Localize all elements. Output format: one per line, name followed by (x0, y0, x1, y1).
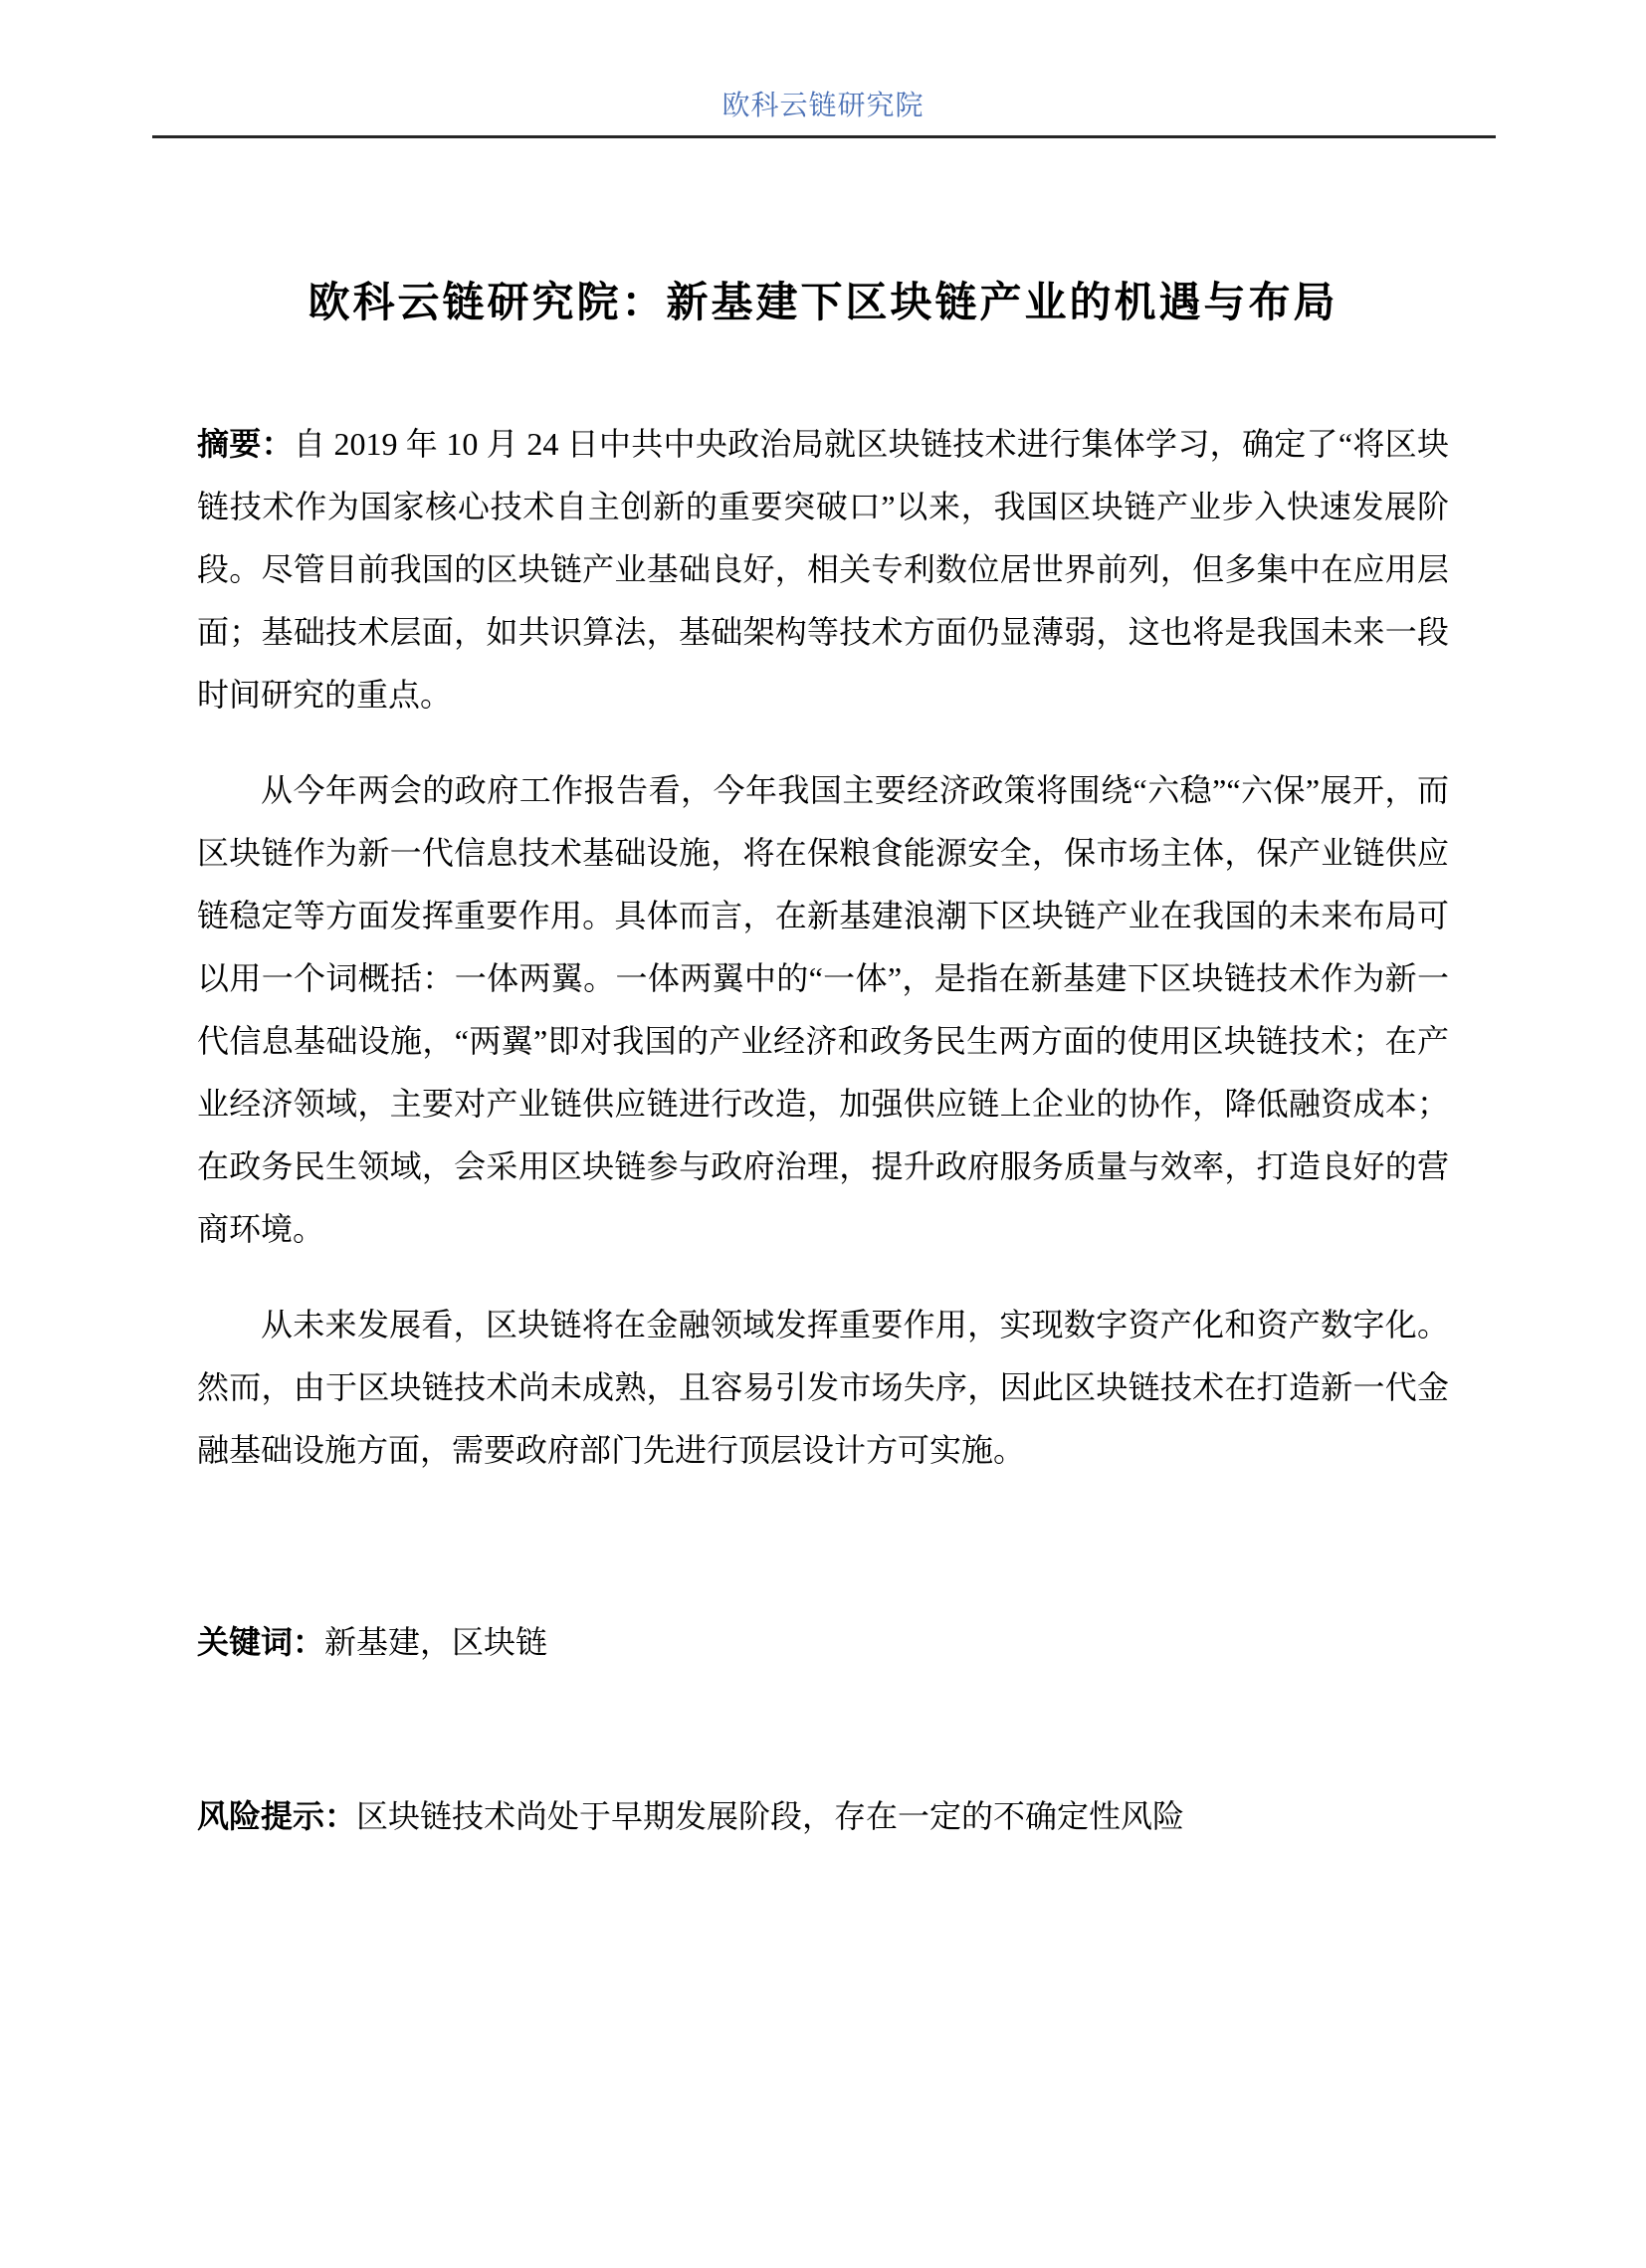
page-title: 欧科云链研究院：新基建下区块链产业的机遇与布局 (197, 277, 1449, 328)
risk-text: 区块链技术尚处于早期发展阶段，存在一定的不确定性风险 (356, 1798, 1184, 1834)
abstract-paragraph: 摘要：自 2019 年 10 月 24 日中共中央政治局就区块链技术进行集体学习… (197, 413, 1449, 726)
keywords-label: 关键词： (197, 1624, 324, 1660)
body-paragraph-1: 从今年两会的政府工作报告看，今年我国主要经济政策将围绕“六稳”“六保”展开，而区… (197, 759, 1449, 1261)
risk-label: 风险提示： (197, 1798, 356, 1834)
document-content: 欧科云链研究院：新基建下区块链产业的机遇与布局 摘要：自 2019 年 10 月… (197, 0, 1449, 1848)
keywords-line: 关键词：新基建，区块链 (197, 1611, 1449, 1674)
abstract-label: 摘要： (197, 426, 294, 462)
body-paragraph-2: 从未来发展看，区块链将在金融领域发挥重要作用，实现数字资产化和资产数字化。然而，… (197, 1294, 1449, 1482)
keywords-text: 新基建，区块链 (324, 1624, 547, 1660)
risk-line: 风险提示：区块链技术尚处于早期发展阶段，存在一定的不确定性风险 (197, 1785, 1449, 1848)
document-page: 欧科云链研究院 欧科云链研究院：新基建下区块链产业的机遇与布局 摘要：自 201… (0, 0, 1646, 2268)
abstract-text: 自 2019 年 10 月 24 日中共中央政治局就区块链技术进行集体学习，确定… (197, 426, 1449, 713)
